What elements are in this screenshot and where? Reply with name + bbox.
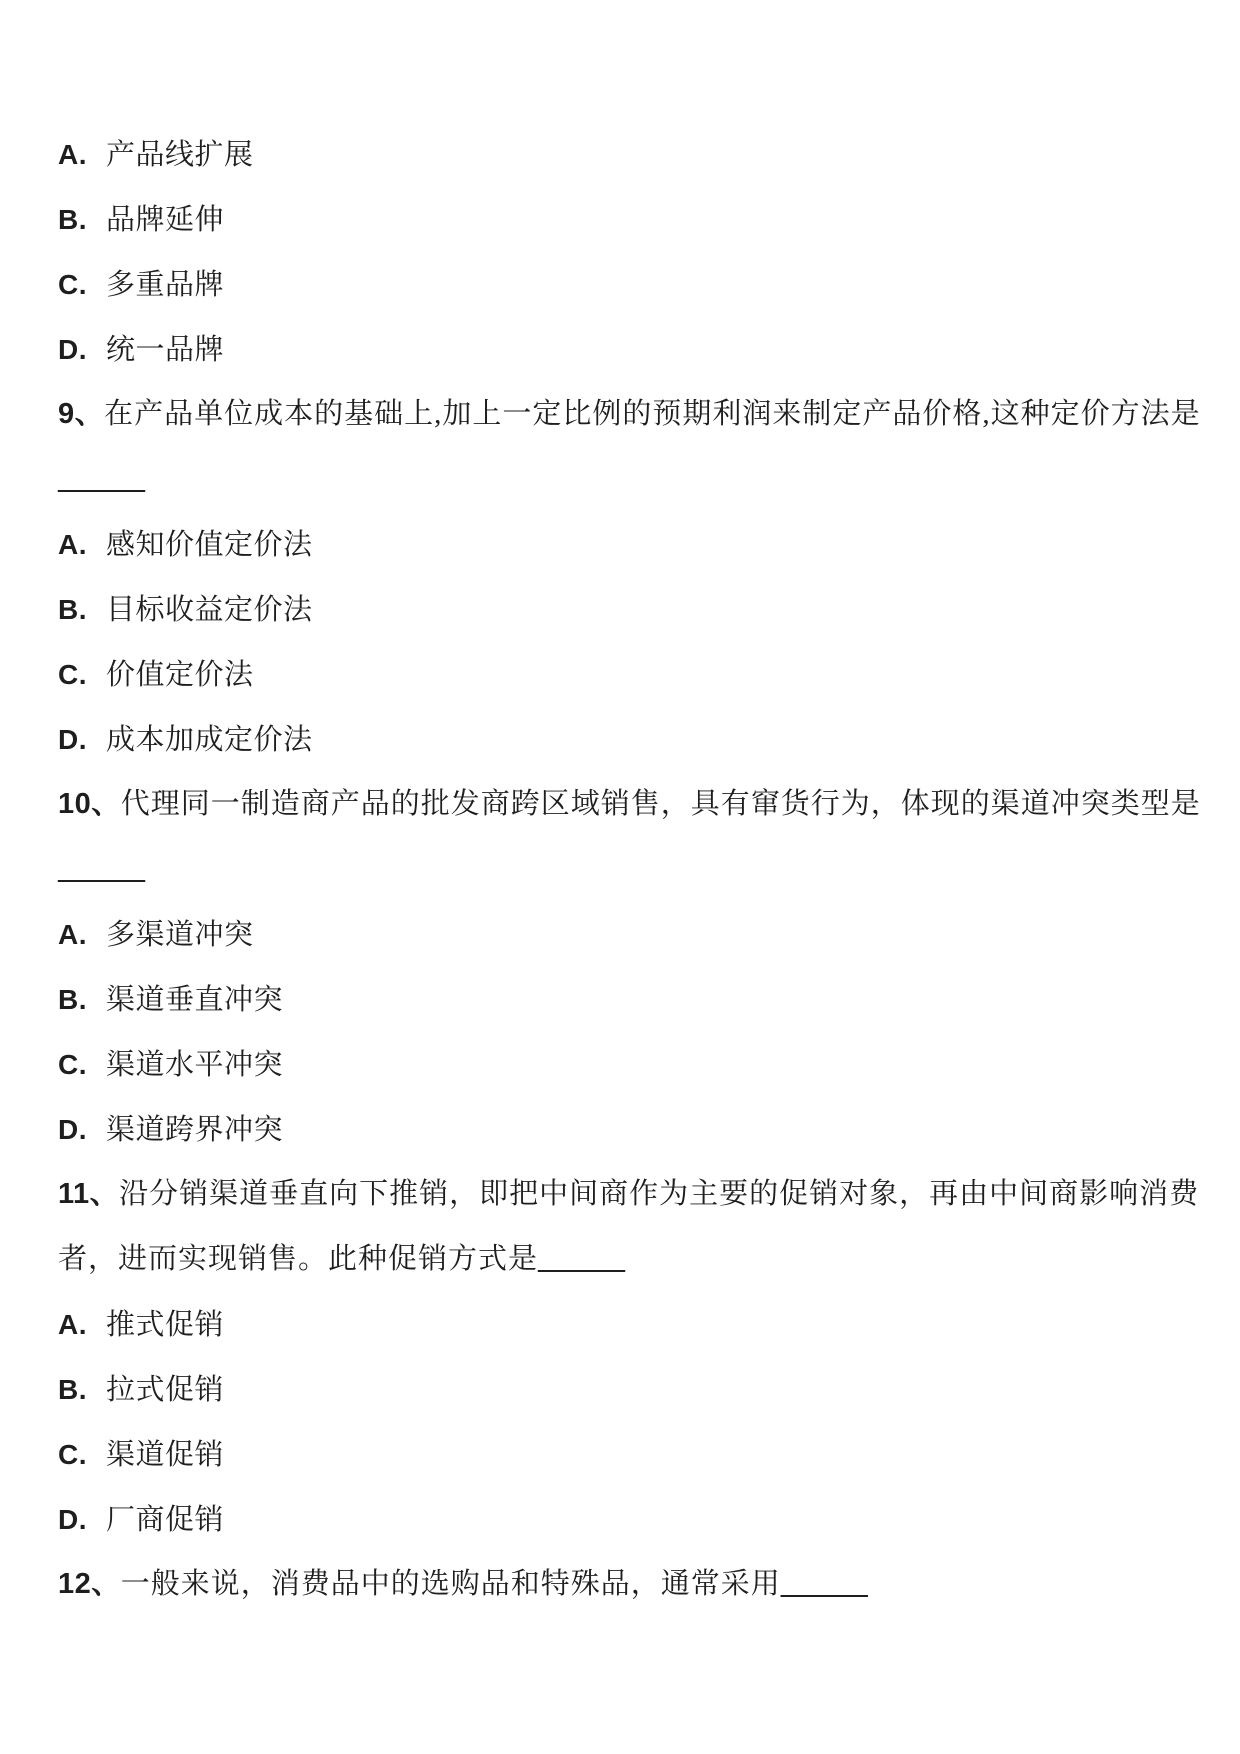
option-label: A. (58, 902, 106, 967)
option-text: 推式促销 (106, 1309, 224, 1341)
option-label: B. (58, 1357, 106, 1422)
question-10-option-b: B.渠道垂直冲突 (58, 967, 1188, 1032)
question-9-option-c: C.价值定价法 (58, 642, 1188, 707)
question-11-option-c: C.渠道促销 (58, 1422, 1188, 1487)
question-number: 9、 (58, 398, 104, 430)
question-11-stem: 11、沿分销渠道垂直向下推销，即把中间商作为主要的促销对象，再由中间商影响消费 (58, 1162, 1188, 1227)
question-11-answer-blank: ______ (538, 1243, 625, 1275)
question-9-option-d: D.成本加成定价法 (58, 707, 1188, 772)
option-text: 拉式促销 (106, 1374, 224, 1406)
option-text: 产品线扩展 (106, 139, 254, 171)
question-stem-text: 者，进而实现销售。此种促销方式是 (58, 1243, 538, 1275)
option-text: 厂商促销 (106, 1504, 224, 1536)
option-label: C. (58, 252, 106, 317)
option-label: A. (58, 122, 106, 187)
carryover-option-a: A.产品线扩展 (58, 122, 1188, 187)
question-11-option-a: A.推式促销 (58, 1292, 1188, 1357)
question-11-option-d: D.厂商促销 (58, 1487, 1188, 1552)
option-text: 感知价值定价法 (106, 529, 313, 561)
question-11-option-b: B.拉式促销 (58, 1357, 1188, 1422)
option-label: C. (58, 642, 106, 707)
question-9-stem: 9、在产品单位成本的基础上,加上一定比例的预期利润来制定产品价格,这种定价方法是 (58, 382, 1188, 447)
option-label: B. (58, 967, 106, 1032)
question-stem-text: 代理同一制造商产品的批发商跨区域销售，具有窜货行为，体现的渠道冲突类型是 (121, 788, 1201, 820)
question-stem-text: 一般来说，消费品中的选购品和特殊品，通常采用 (121, 1568, 781, 1600)
question-number: 11、 (58, 1178, 119, 1210)
question-10-option-a: A.多渠道冲突 (58, 902, 1188, 967)
option-label: C. (58, 1422, 106, 1487)
question-10-stem: 10、代理同一制造商产品的批发商跨区域销售，具有窜货行为，体现的渠道冲突类型是 (58, 772, 1188, 837)
option-text: 价值定价法 (106, 659, 254, 691)
exam-page: A.产品线扩展 B.品牌延伸 C.多重品牌 D.统一品牌 9、在产品单位成本的基… (0, 0, 1240, 1754)
carryover-option-b: B.品牌延伸 (58, 187, 1188, 252)
option-label: B. (58, 187, 106, 252)
option-text: 多渠道冲突 (106, 919, 254, 951)
option-label: A. (58, 512, 106, 577)
question-11-stem-continued: 者，进而实现销售。此种促销方式是______ (58, 1227, 1188, 1292)
option-text: 渠道垂直冲突 (106, 984, 283, 1016)
carryover-option-c: C.多重品牌 (58, 252, 1188, 317)
question-9-option-a: A.感知价值定价法 (58, 512, 1188, 577)
option-label: A. (58, 1292, 106, 1357)
question-10-answer-blank: ______ (58, 837, 1188, 902)
option-label: D. (58, 707, 106, 772)
option-text: 渠道促销 (106, 1439, 224, 1471)
option-text: 渠道跨界冲突 (106, 1114, 283, 1146)
question-12-stem: 12、一般来说，消费品中的选购品和特殊品，通常采用______ (58, 1552, 1188, 1617)
question-12-answer-blank: ______ (781, 1568, 868, 1600)
question-stem-text: 沿分销渠道垂直向下推销，即把中间商作为主要的促销对象，再由中间商影响消费 (119, 1178, 1199, 1210)
option-text: 品牌延伸 (106, 204, 224, 236)
option-label: D. (58, 1097, 106, 1162)
question-number: 10、 (58, 788, 121, 820)
question-10-option-c: C.渠道水平冲突 (58, 1032, 1188, 1097)
option-text: 渠道水平冲突 (106, 1049, 283, 1081)
question-10-option-d: D.渠道跨界冲突 (58, 1097, 1188, 1162)
option-label: D. (58, 1487, 106, 1552)
option-text: 统一品牌 (106, 334, 224, 366)
option-label: D. (58, 317, 106, 382)
question-9-option-b: B.目标收益定价法 (58, 577, 1188, 642)
option-text: 成本加成定价法 (106, 724, 313, 756)
carryover-option-d: D.统一品牌 (58, 317, 1188, 382)
option-text: 多重品牌 (106, 269, 224, 301)
option-label: C. (58, 1032, 106, 1097)
option-text: 目标收益定价法 (106, 594, 313, 626)
question-number: 12、 (58, 1568, 121, 1600)
question-9-answer-blank: ______ (58, 447, 1188, 512)
question-stem-text: 在产品单位成本的基础上,加上一定比例的预期利润来制定产品价格,这种定价方法是 (104, 398, 1201, 430)
option-label: B. (58, 577, 106, 642)
